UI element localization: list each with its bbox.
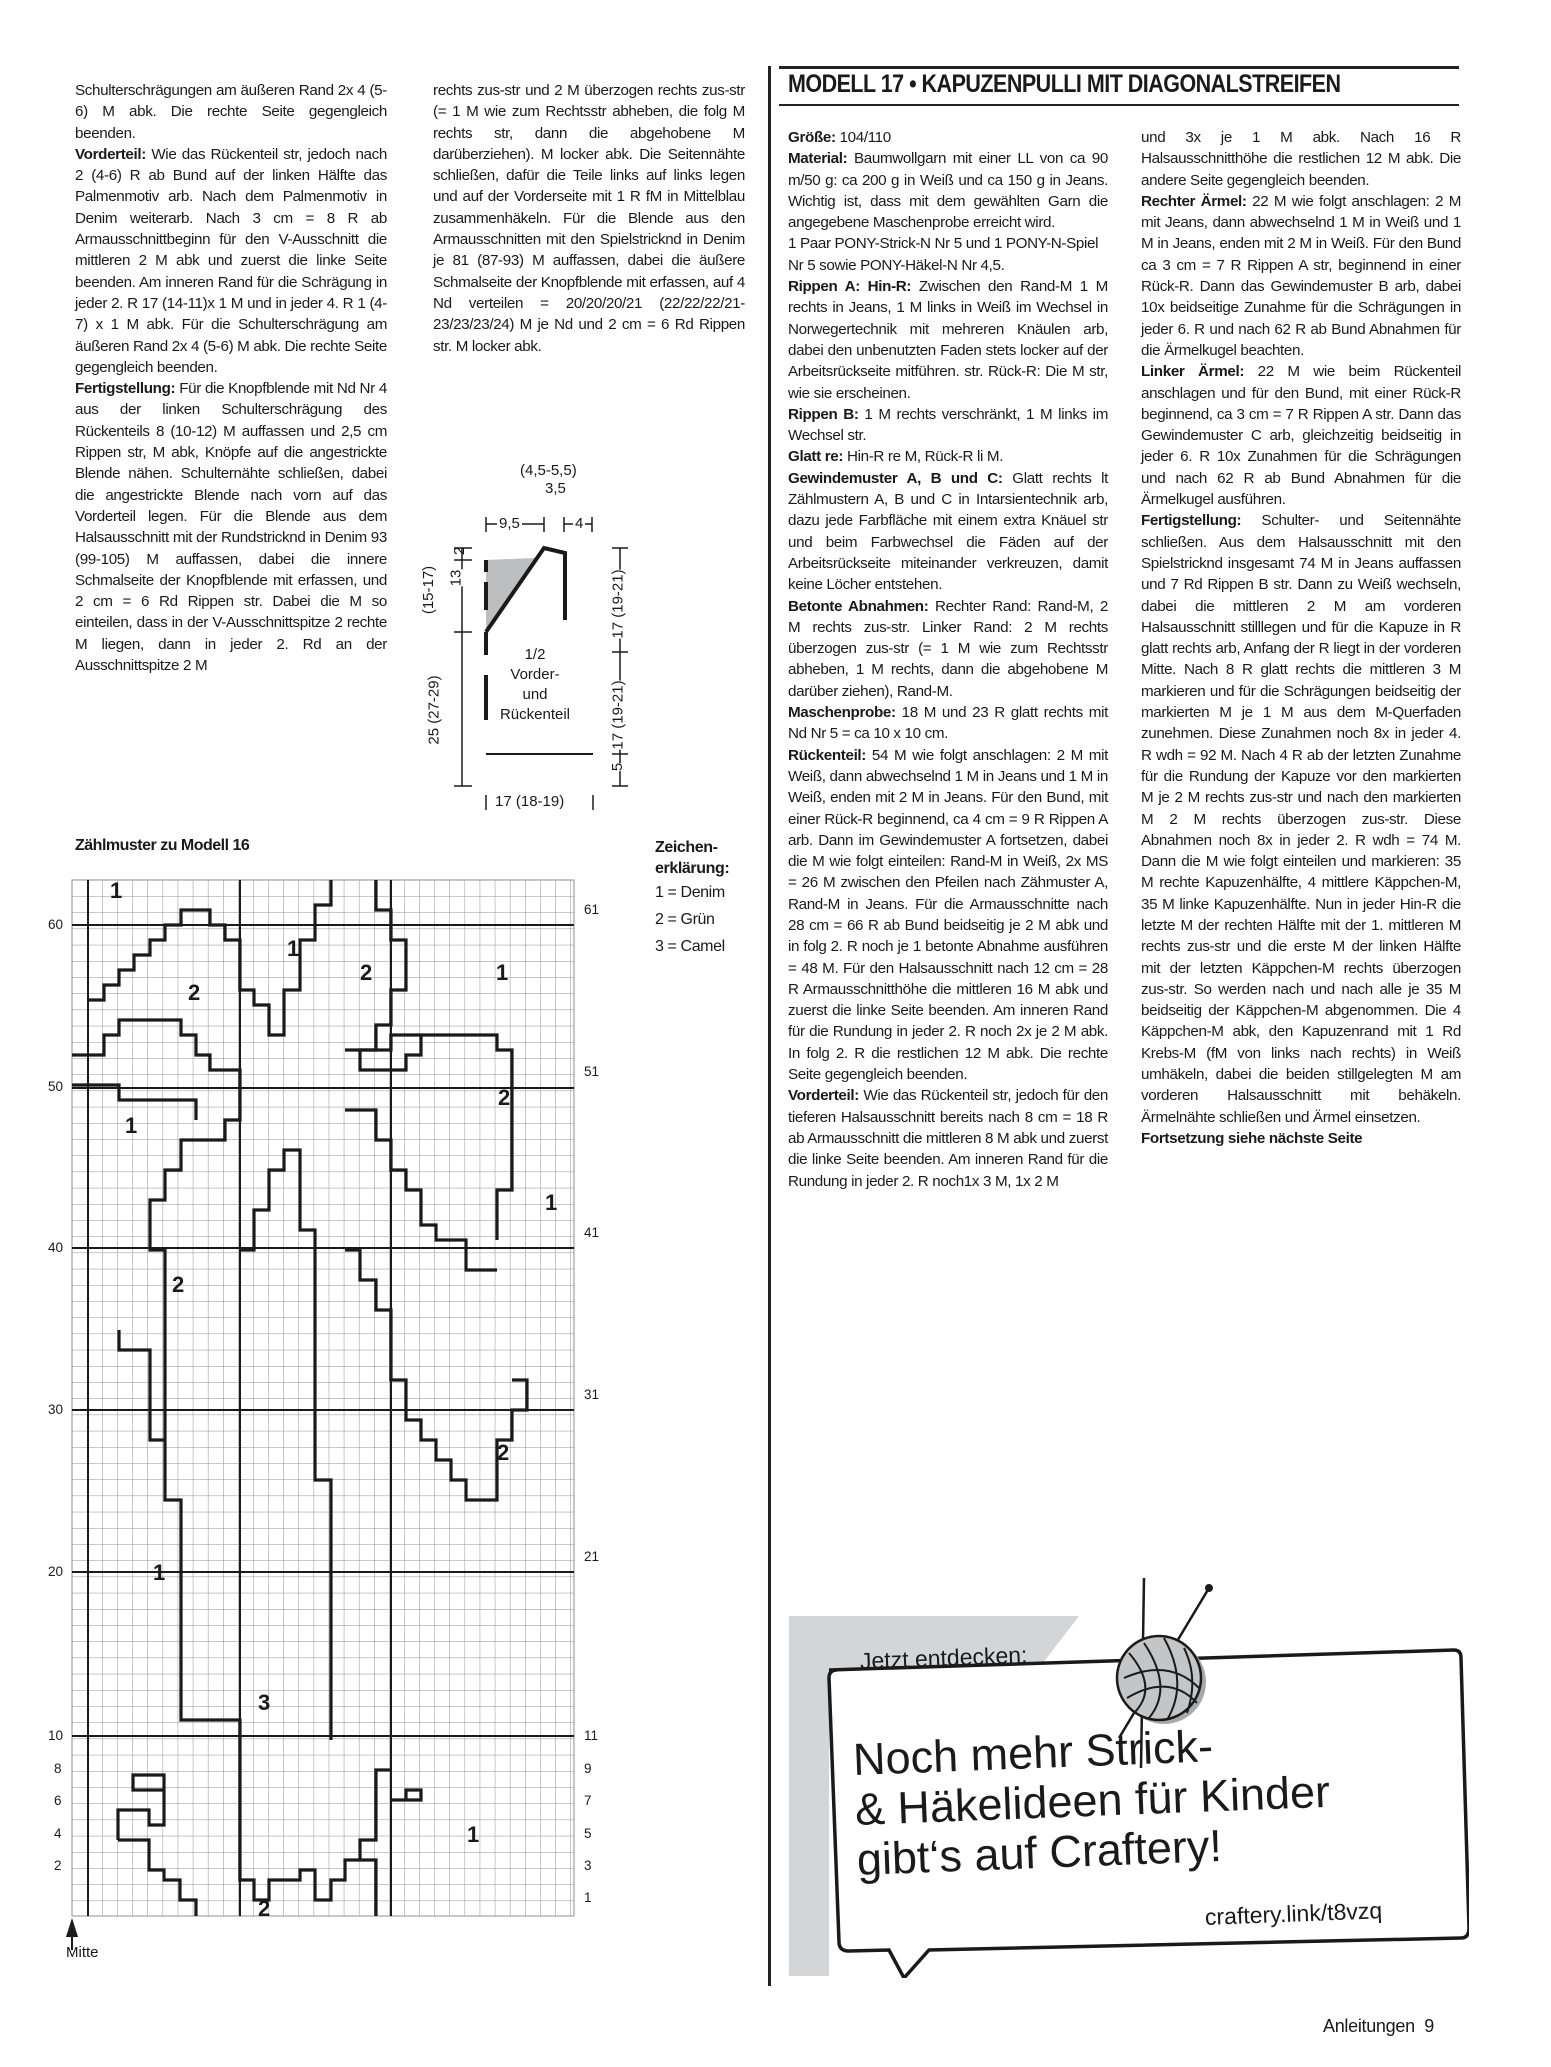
paragraph-text: 104/110	[836, 129, 891, 146]
paragraph-glatt-re: Glatt re: Hin-R re M, Rück-R li M.	[788, 446, 1108, 467]
row-label-right: 41	[584, 1225, 599, 1240]
row-label-right: 3	[584, 1858, 592, 1873]
continued-note: Fortsetzung siehe nächste Seite	[1141, 1128, 1461, 1149]
center-marker-label: Mitte	[66, 1944, 99, 1961]
svg-text:1: 1	[467, 1822, 479, 1847]
paragraph-rechter-aermel: Rechter Ärmel: 22 M wie folgt anschlagen…	[1141, 191, 1461, 361]
svg-text:2: 2	[360, 960, 372, 985]
row-label-right: 31	[584, 1387, 599, 1402]
page-footer: Anleitungen 9	[1323, 2016, 1434, 2037]
paragraph-gewindemuster: Gewindemuster A, B und C: Glatt rechts l…	[788, 468, 1108, 596]
paragraph-label: Rechter Ärmel:	[1141, 193, 1247, 210]
paragraph: und 3x je 1 M abk. Nach 16 R Halsausschn…	[1141, 127, 1461, 191]
paragraph-text: und 3x je 1 M abk. Nach 16 R Halsausschn…	[1141, 129, 1461, 189]
column-divider	[768, 66, 771, 1986]
paragraph-rippen-b: Rippen B: 1 M rechts verschränkt, 1 M li…	[788, 404, 1108, 447]
row-label-right: 21	[584, 1549, 599, 1564]
paragraph-label: Rippen B:	[788, 406, 859, 423]
paragraph-vorderteil: Vorderteil: Wie das Rückenteil str, jedo…	[788, 1085, 1108, 1191]
svg-text:1: 1	[153, 1560, 165, 1585]
svg-text:1: 1	[125, 1113, 137, 1138]
row-label-left: 10	[48, 1728, 63, 1743]
paragraph-label: Größe:	[788, 129, 836, 146]
svg-text:1: 1	[545, 1190, 557, 1215]
row-label-left: 8	[54, 1761, 62, 1776]
paragraph-material: Material: Baumwollgarn mit einer LL von …	[788, 148, 1108, 233]
title-rule-top	[779, 66, 1459, 69]
paragraph-fertigstellung: Fertigstellung: Schulter- und Seitennäht…	[1141, 510, 1461, 1128]
row-label-left: 2	[54, 1858, 62, 1873]
row-label-right: 7	[584, 1793, 592, 1808]
title-rule-bottom	[779, 104, 1459, 106]
paragraph-text: Schulter- und Seitennähte schließen. Aus…	[1141, 512, 1461, 1125]
paragraph-label: Linker Ärmel:	[1141, 363, 1244, 380]
row-label-right: 9	[584, 1761, 592, 1776]
paragraph-text: Glatt rechts lt Zählmustern A, B und C i…	[788, 470, 1108, 593]
paragraph-label: Rippen A: Hin-R:	[788, 278, 911, 295]
paragraph-label: Maschenprobe:	[788, 704, 896, 721]
svg-text:2: 2	[497, 1440, 509, 1465]
svg-text:2: 2	[188, 980, 200, 1005]
row-label-left: 6	[54, 1793, 62, 1808]
paragraph-label: Betonte Abnahmen:	[788, 598, 928, 615]
paragraph-label: Glatt re:	[788, 448, 843, 465]
row-label-right: 1	[584, 1890, 592, 1905]
svg-text:1: 1	[496, 960, 508, 985]
paragraph-text: 1 Paar PONY-Strick-N Nr 5 und 1 PONY-N-S…	[788, 235, 1098, 273]
svg-text:1: 1	[287, 936, 299, 961]
row-label-right: 51	[584, 1064, 599, 1079]
paragraph-text: Hin-R re M, Rück-R li M.	[843, 448, 1003, 465]
paragraph-text: Zwischen den Rand-M 1 M rechts in Jeans,…	[788, 278, 1108, 401]
paragraph-needles: 1 Paar PONY-Strick-N Nr 5 und 1 PONY-N-S…	[788, 233, 1108, 276]
continued-label: Fortsetzung siehe nächste Seite	[1141, 1130, 1362, 1147]
paragraph-betonte-abnahmen: Betonte Abnahmen: Rechter Rand: Rand-M, …	[788, 596, 1108, 702]
paragraph-label: Rückenteil:	[788, 747, 866, 764]
footer-section: Anleitungen	[1323, 2016, 1415, 2036]
text-column-4: und 3x je 1 M abk. Nach 16 R Halsausschn…	[1141, 127, 1461, 1149]
paragraph-linker-aermel: Linker Ärmel: 22 M wie beim Rückenteil a…	[1141, 361, 1461, 510]
svg-text:3: 3	[258, 1690, 270, 1715]
paragraph-rueckenteil: Rückenteil: 54 M wie folgt anschlagen: 2…	[788, 745, 1108, 1086]
row-label-left: 20	[48, 1564, 63, 1579]
row-label-left: 50	[48, 1079, 63, 1094]
text-column-3: Größe: 104/110 Material: Baumwollgarn mi…	[788, 127, 1108, 1192]
page-number: 9	[1424, 2016, 1434, 2036]
ad-headline: Noch mehr Strick- & Häkelideen für Kinde…	[852, 1717, 1333, 1885]
paragraph-label: Fertigstellung:	[1141, 512, 1241, 529]
knitting-chart-grid: 121 212 112 213 12	[0, 0, 770, 2067]
paragraph-label: Material:	[788, 150, 847, 167]
row-label-left: 4	[54, 1826, 62, 1841]
paragraph-text: 22 M wie beim Rückenteil anschlagen und …	[1141, 363, 1461, 508]
paragraph-maschenprobe: Maschenprobe: 18 M und 23 R glatt rechts…	[788, 702, 1108, 745]
row-label-right: 5	[584, 1826, 592, 1841]
row-label-right: 11	[584, 1728, 598, 1743]
paragraph-text: 54 M wie folgt anschlagen: 2 M mit Weiß,…	[788, 747, 1108, 1083]
row-label-right: 61	[584, 902, 599, 917]
paragraph-label: Vorderteil:	[788, 1087, 859, 1104]
svg-text:2: 2	[498, 1085, 510, 1110]
section-title: MODELL 17 • KAPUZENPULLI MIT DIAGONALSTR…	[788, 70, 1340, 99]
paragraph-rippen-a: Rippen A: Hin-R: Zwischen den Rand-M 1 M…	[788, 276, 1108, 404]
svg-text:2: 2	[172, 1272, 184, 1297]
paragraph-label: Gewindemuster A, B und C:	[788, 470, 1003, 487]
svg-text:1: 1	[110, 878, 122, 903]
svg-text:2: 2	[258, 1896, 270, 1921]
row-label-left: 40	[48, 1240, 63, 1255]
paragraph-groesse: Größe: 104/110	[788, 127, 1108, 148]
paragraph-text: 22 M wie folgt anschlagen: 2 M mit Jeans…	[1141, 193, 1461, 359]
row-label-left: 60	[48, 917, 63, 932]
row-label-left: 30	[48, 1402, 63, 1417]
